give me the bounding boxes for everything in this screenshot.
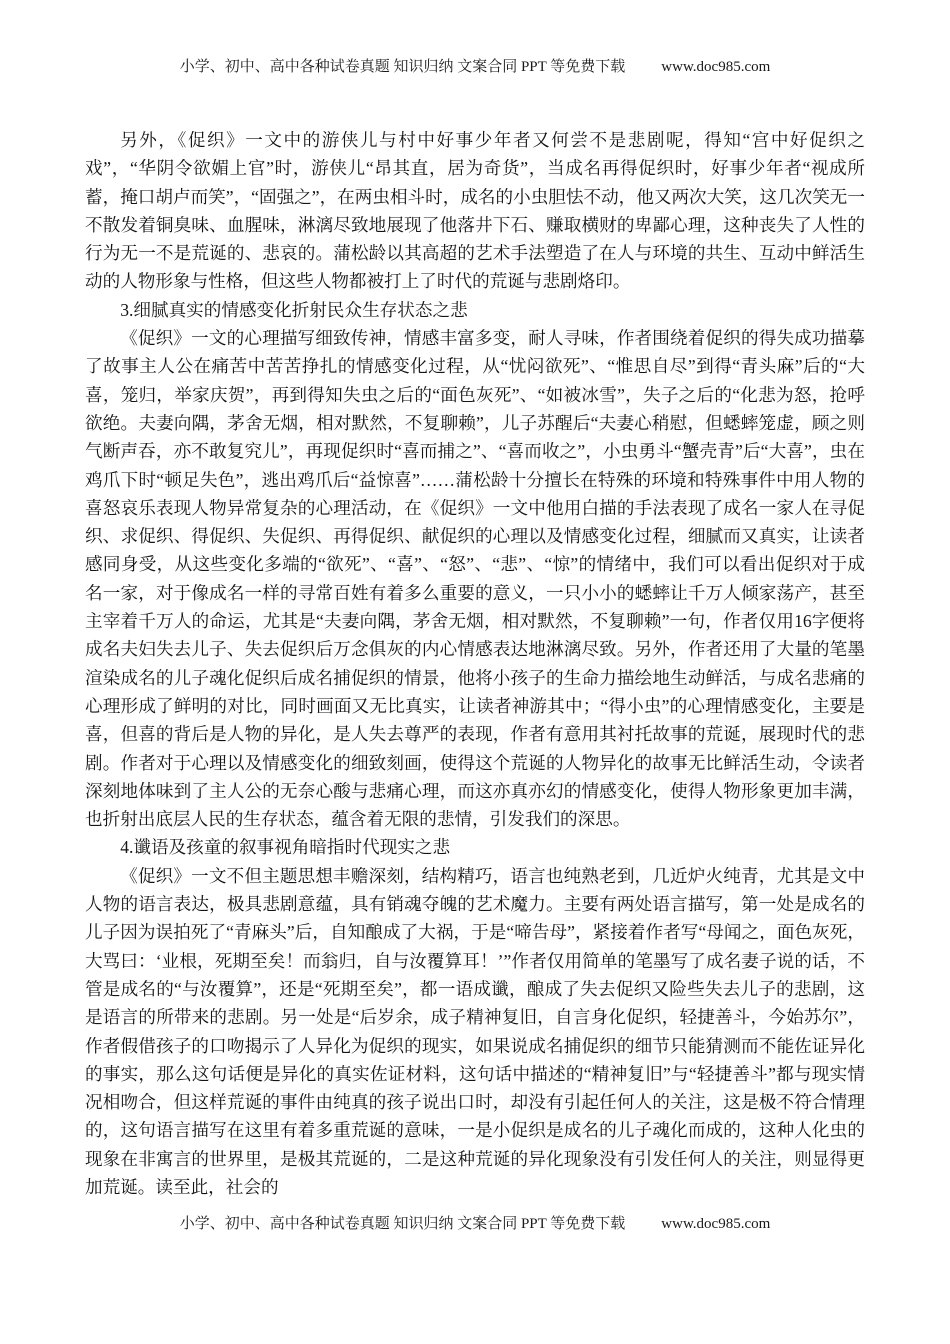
section-heading: 3.细腻真实的情感变化折射民众生存状态之悲 (85, 296, 865, 324)
header-promo-text: 小学、初中、高中各种试卷真题 知识归纳 文案合同 PPT 等免费下载 (180, 59, 626, 75)
page-header: 小学、初中、高中各种试卷真题 知识归纳 文案合同 PPT 等免费下载www.do… (0, 55, 950, 76)
paragraph: 《促织》一文的心理描写细致传神，情感丰富多变，耐人寻味，作者围绕着促织的得失成功… (85, 324, 865, 833)
footer-site-url: www.doc985.com (661, 1216, 770, 1233)
section-heading: 4.谶语及孩童的叙事视角暗指时代现实之悲 (85, 833, 865, 861)
page-footer: 小学、初中、高中各种试卷真题 知识归纳 文案合同 PPT 等免费下载www.do… (0, 1212, 950, 1233)
footer-promo-text: 小学、初中、高中各种试卷真题 知识归纳 文案合同 PPT 等免费下载 (180, 1216, 626, 1232)
header-site-url: www.doc985.com (661, 59, 770, 76)
document-page: 小学、初中、高中各种试卷真题 知识归纳 文案合同 PPT 等免费下载www.do… (0, 0, 950, 1344)
paragraph: 另外，《促织》一文中的游侠儿与村中好事少年者又何尝不是悲剧呢，得知“宫中好促织之… (85, 126, 865, 296)
paragraph: 《促织》一文不但主题思想丰赡深刻，结构精巧，语言也纯熟老到，几近炉火纯青，尤其是… (85, 862, 865, 1202)
document-body: 另外，《促织》一文中的游侠儿与村中好事少年者又何尝不是悲剧呢，得知“宫中好促织之… (85, 126, 865, 1201)
